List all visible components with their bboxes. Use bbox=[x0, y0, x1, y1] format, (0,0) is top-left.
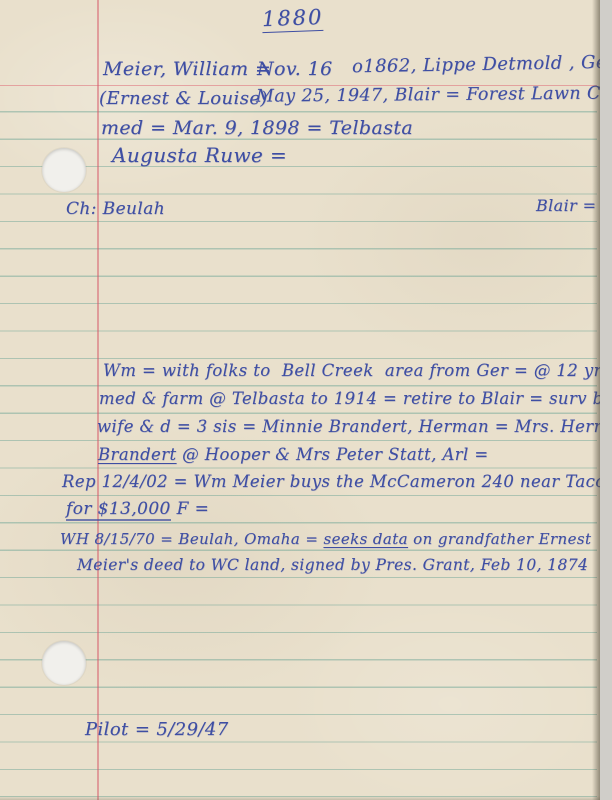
note-line-7: WH 8/15/70 = Beulah, Omaha = seeks data … bbox=[60, 530, 591, 548]
note-line-5: Rep 12/4/02 = Wm Meier buys the McCamero… bbox=[62, 472, 612, 491]
marriage-info: med = Mar. 9, 1898 = Telbasta bbox=[101, 117, 413, 139]
page-edge-shadow bbox=[592, 0, 600, 800]
note-line-6: for $13,000 F = bbox=[66, 499, 209, 519]
page-bottom-shadow bbox=[0, 796, 600, 800]
ruled-lines bbox=[0, 85, 597, 797]
note-line-4: Brandert @ Hooper & Mrs Peter Statt, Arl… bbox=[98, 445, 489, 464]
punch-hole-bottom bbox=[42, 641, 86, 685]
birth-place: o1862, Lippe Detmold , Ger bbox=[352, 52, 612, 78]
notebook-page: 1880 Meier, William = Nov. 16 o1862, Lip… bbox=[0, 0, 600, 800]
note-line-7-start: WH 8/15/70 = Beulah, Omaha = bbox=[60, 530, 323, 548]
person-name: Meier, William = bbox=[103, 58, 271, 80]
note-line-3: wife & d = 3 sis = Minnie Brandert, Herm… bbox=[97, 417, 612, 436]
note-line-8: Meier's deed to WC land, signed by Pres.… bbox=[77, 556, 588, 574]
note-line-6-rest: F = bbox=[171, 499, 209, 519]
parents-names: (Ernest & Louise) bbox=[99, 88, 268, 109]
note-line-7-rest: on grandfather Ernest bbox=[408, 530, 591, 548]
note-line-1: Wm = with folks to Bell Creek area from … bbox=[103, 361, 612, 380]
note-line-4-underlined: Brandert bbox=[98, 445, 177, 464]
note-line-4-rest: @ Hooper & Mrs Peter Statt, Arl = bbox=[177, 445, 489, 464]
source-citation: Pilot = 5/29/47 bbox=[85, 719, 229, 740]
children-place: Blair = bbox=[536, 196, 596, 215]
punch-hole-top bbox=[42, 148, 86, 192]
page-title-year: 1880 bbox=[262, 5, 324, 33]
scanner-background bbox=[600, 0, 612, 800]
note-line-2: med & farm @ Telbasta to 1914 = retire t… bbox=[99, 389, 612, 408]
note-line-6-amount: for $13,000 bbox=[66, 499, 171, 521]
note-line-7-underlined: seeks data bbox=[323, 530, 408, 548]
birth-date: Nov. 16 bbox=[257, 58, 333, 80]
children-line: Ch: Beulah bbox=[66, 199, 165, 219]
death-info: May 25, 1947, Blair = Forest Lawn Cmty bbox=[256, 83, 612, 106]
spouse-name: Augusta Ruwe = bbox=[112, 143, 287, 167]
